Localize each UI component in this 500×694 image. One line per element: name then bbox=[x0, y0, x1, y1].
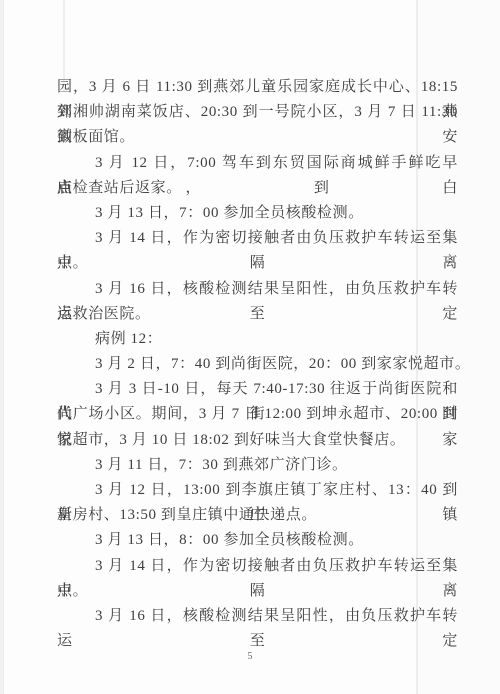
text-line: 3 月 13 日，7：00 参加全员核酸检测。 bbox=[57, 201, 458, 226]
text-line: 3 月 14 日，作为密切接触者由负压救护车转运至集中隔离 bbox=[57, 226, 458, 251]
text-line: 3 月 3 日-10 日，每天 7:40-17:30 往返于尚街医院和尚街时 bbox=[57, 377, 458, 402]
text-line: 代广场小区。期间，3 月 7 日 12:00 到坤永超市、20:00 到家家 bbox=[57, 402, 458, 427]
text-line: 3 月 13 日，8：00 参加全员核酸检测。 bbox=[57, 528, 458, 553]
page-number: 5 bbox=[0, 650, 500, 664]
text-line: 3 月 14 日，作为密切接触者由负压救护车转运至集中隔离 bbox=[57, 554, 458, 579]
document-body: 园，3 月 6 日 11:30 到燕郊儿童乐园家庭成长中心、18:15 到燕郊湘… bbox=[57, 75, 458, 629]
text-line: 悦超市，3 月 10 日 18:02 到好味当大食堂快餐店。 bbox=[57, 428, 458, 453]
text-line: 3 月 16 日，核酸检测结果呈阳性，由负压救护车转运至定 bbox=[57, 604, 458, 629]
text-line: 3 月 12 日，7:00 驾车到东贸国际商城鲜手鲜吃早点，到白 bbox=[57, 151, 458, 176]
scan-edge-left bbox=[0, 0, 4, 694]
text-line: 3 月 2 日，7：40 到尚街医院，20：00 到家家悦超市。 bbox=[57, 352, 458, 377]
text-line: 3 月 11 日，7：30 到燕郊广济门诊。 bbox=[57, 453, 458, 478]
text-line: 园，3 月 6 日 11:30 到燕郊儿童乐园家庭成长中心、18:15 到燕 bbox=[57, 75, 458, 100]
text-line: 病例 12： bbox=[57, 327, 458, 352]
text-line: 郊湘帅湖南菜饭店、20:30 到一号院小区，3 月 7 日 11:30 到安 bbox=[57, 100, 458, 125]
document-page: 园，3 月 6 日 11:30 到燕郊儿童乐园家庭成长中心、18:15 到燕郊湘… bbox=[0, 0, 500, 694]
text-line: 3 月 12 日，13:00 到李旗庄镇丁家庄村、13：40 到皇庄镇 bbox=[57, 478, 458, 503]
text-line: 3 月 16 日，核酸检测结果呈阳性，由负压救护车转运至定 bbox=[57, 277, 458, 302]
